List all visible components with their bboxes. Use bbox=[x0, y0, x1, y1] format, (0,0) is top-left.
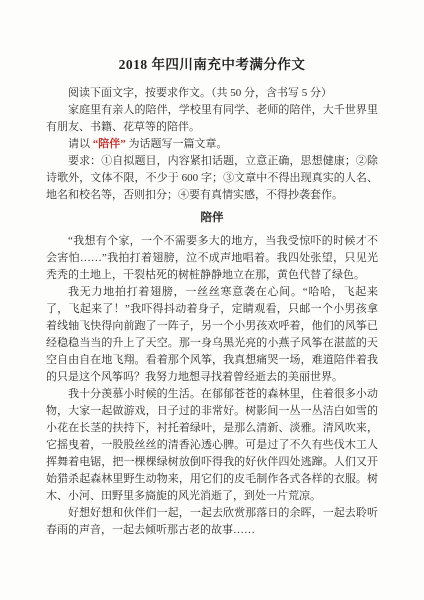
prompt-context: 家庭里有亲人的陪伴，学校里有同学、老师的陪伴，大千世界里有朋友、书籍、花草等的陪… bbox=[46, 102, 378, 136]
topic-suffix: 为话题写一篇文章。 bbox=[126, 138, 228, 150]
prompt-topic-line: 请以 “陪伴” 为话题写一篇文章。 bbox=[46, 136, 378, 153]
document-page: 2018 年四川南充中考满分作文 阅读下面文字，按要求作文。（共 50 分，含书… bbox=[0, 0, 424, 600]
prompt-instruction: 阅读下面文字，按要求作文。（共 50 分，含书写 5 分） bbox=[46, 85, 378, 102]
prompt-requirements: 要求：①自拟题目，内容紧扣话题，立意正确，思想健康；②除诗歌外，文体不限，不少于… bbox=[46, 153, 378, 204]
topic-prefix: 请以 bbox=[68, 138, 93, 150]
topic-highlight: “陪伴” bbox=[93, 138, 126, 150]
essay-paragraph-1: “我想有个家，一个不需要多大的地方，当我受惊吓的时候才不会害怕……”我拍打着翅膀… bbox=[46, 233, 378, 284]
essay-paragraph-3: 我十分羡慕小时候的生活。在郁郁苍苍的森林里，住着很多小动物，大家一起做游戏，日子… bbox=[46, 386, 378, 505]
essay-paragraph-4: 好想好想和伙伴们一起，一起去欣赏那落日的余晖，一起去聆听春雨的声音，一起去倾听那… bbox=[46, 505, 378, 539]
essay-title: 陪伴 bbox=[46, 210, 378, 227]
essay-paragraph-2: 我无力地拍打着翅膀，一丝丝寒意袭在心间。“哈哈，飞起来了，飞起来了！”我吓得抖动… bbox=[46, 284, 378, 386]
page-title: 2018 年四川南充中考满分作文 bbox=[46, 56, 378, 74]
